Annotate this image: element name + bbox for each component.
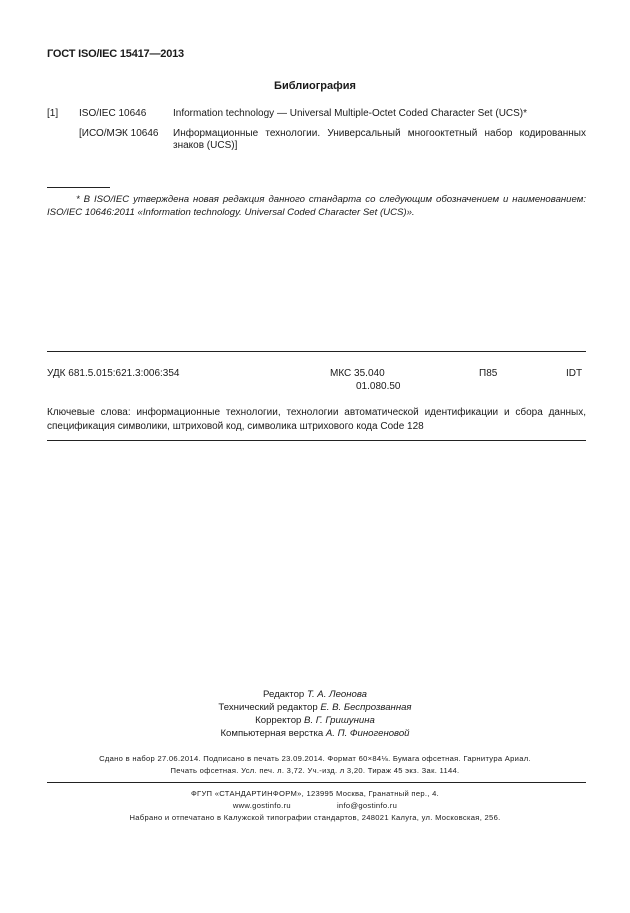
printing-house: Набрано и отпечатано в Калужской типогра… (0, 812, 630, 824)
publisher-contacts: www.gostinfo.ruinfo@gostinfo.ru (0, 800, 630, 812)
equivalence-degree: IDT (566, 368, 582, 379)
print-info-line2: Печать офсетная. Усл. печ. л. 3,72. Уч.-… (0, 765, 630, 777)
bibliography-title: Библиография (0, 80, 630, 92)
credits: Редактор Т. А. Леонова Технический редак… (0, 688, 630, 740)
bib-entry-code: ISO/IEC 10646 (79, 108, 146, 120)
bib-entry-ru-code: [ИСО/МЭК 10646 (79, 128, 158, 140)
bib-entry-number: [1] (47, 108, 58, 120)
mks-code-2: 01.080.50 (356, 381, 401, 392)
credit-layout: Компьютерная верстка А. П. Финогеновой (0, 727, 630, 740)
bib-entry-ru-title: Информационные технологии. Универсальный… (173, 128, 586, 152)
keywords: Ключевые слова: информационные технологи… (47, 406, 586, 434)
mks-code: МКС 35.040 (330, 368, 385, 379)
standard-designation: ГОСТ ISO/IEC 15417—2013 (47, 48, 184, 60)
credit-tech-editor: Технический редактор Е. В. Беспрозванная (0, 701, 630, 714)
divider-top (47, 351, 586, 352)
credit-proofreader: Корректор В. Г. Гришунина (0, 714, 630, 727)
footnote-divider (47, 187, 110, 188)
credit-editor: Редактор Т. А. Леонова (0, 688, 630, 701)
publisher-email[interactable]: info@gostinfo.ru (337, 801, 397, 810)
print-info-line1: Сдано в набор 27.06.2014. Подписано в пе… (0, 753, 630, 765)
footnote: * В ISO/IEC утверждена новая редакция да… (47, 194, 586, 219)
publisher-website[interactable]: www.gostinfo.ru (233, 801, 291, 810)
divider-keywords (47, 440, 586, 441)
udk-code: УДК 681.5.015:621.3:006:354 (47, 368, 180, 379)
divider-publisher (47, 782, 586, 783)
bib-entry-title: Information technology — Universal Multi… (173, 108, 586, 120)
publisher-address: ФГУП «СТАНДАРТИНФОРМ», 123995 Москва, Гр… (0, 788, 630, 800)
group-code: П85 (479, 368, 497, 379)
